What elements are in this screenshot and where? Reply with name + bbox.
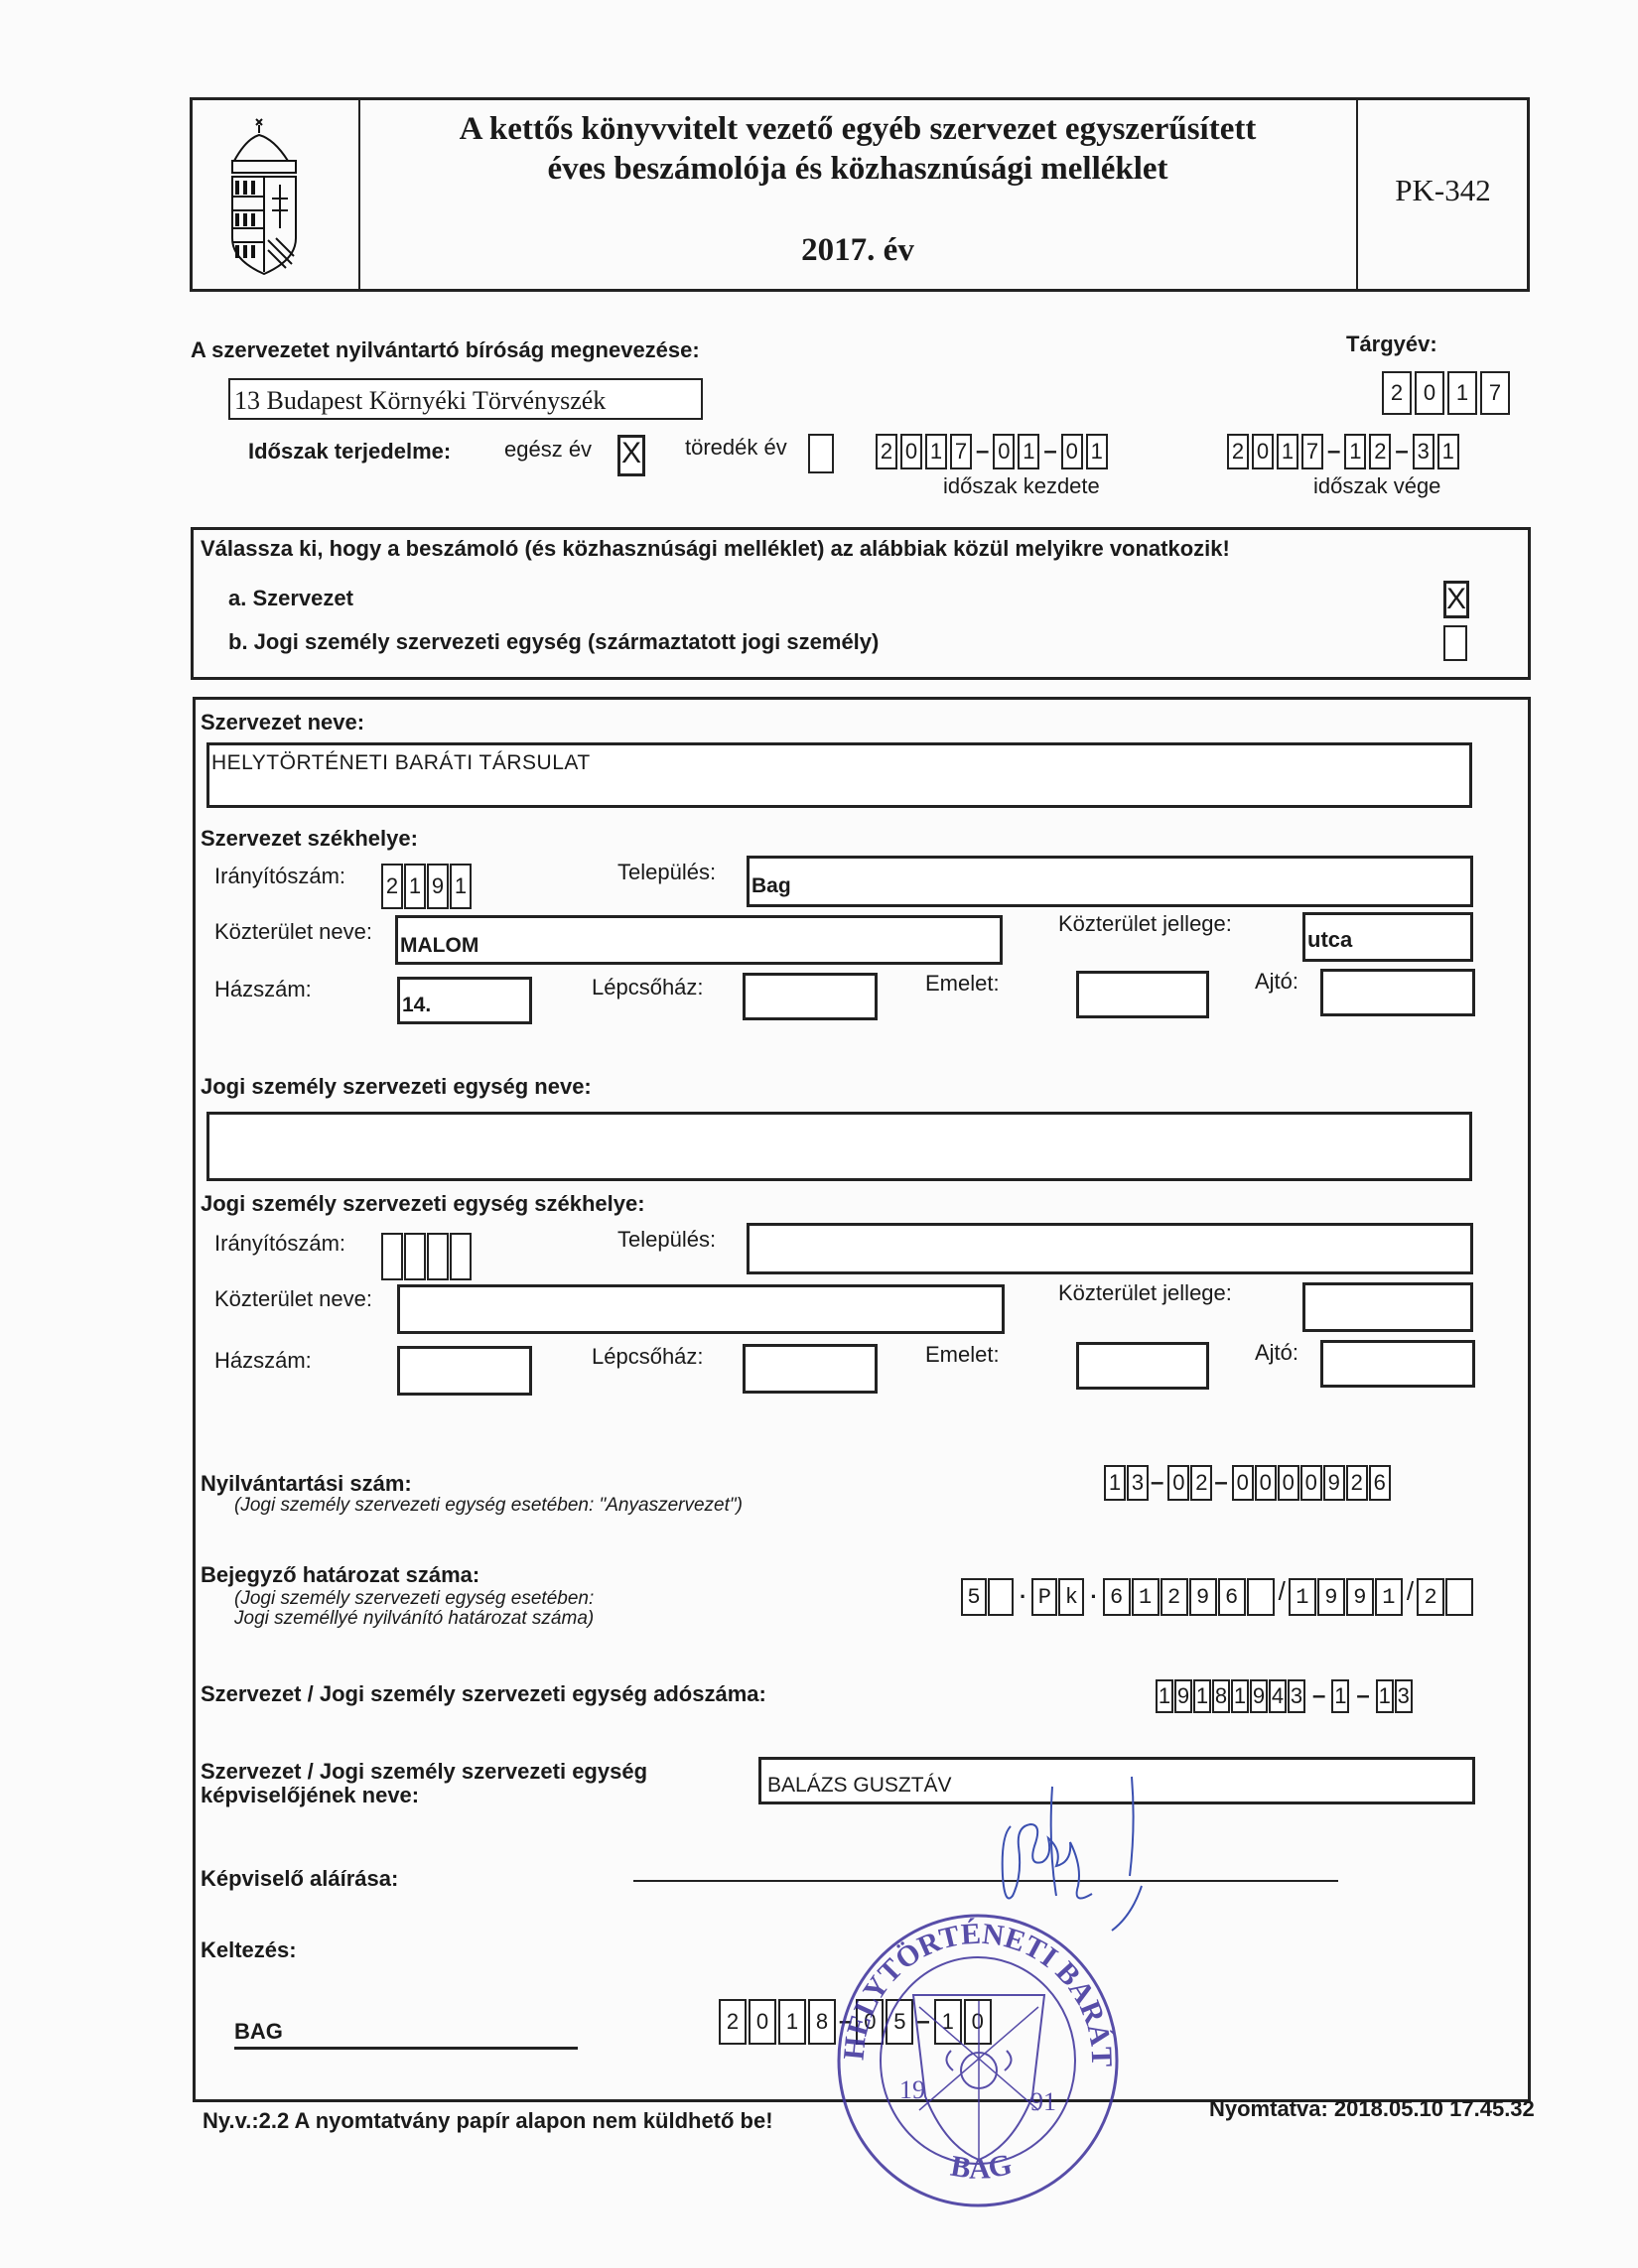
digit-cell[interactable]: 9 — [1174, 1679, 1192, 1713]
digit-cell[interactable]: 1 — [1289, 1578, 1316, 1616]
digit-cell[interactable]: 9 — [1346, 1578, 1374, 1616]
dating-place: BAG — [234, 2019, 283, 2045]
tax-label: Szervezet / Jogi személy szervezeti egys… — [201, 1681, 766, 1707]
registration-cells[interactable]: 1 3 – 0 2 – 0 0 0 0 9 2 6 — [1104, 1465, 1392, 1501]
digit-cell[interactable]: 5 — [961, 1578, 987, 1616]
digit-cell[interactable]: 1 — [1375, 1578, 1403, 1616]
digit-cell[interactable]: 0 — [749, 1999, 776, 2045]
subject-year-cells[interactable]: 2 0 1 7 — [1382, 371, 1513, 415]
representative-label-line1: Szervezet / Jogi személy szervezeti egys… — [201, 1759, 647, 1785]
digit-cell[interactable]: 0 — [1232, 1465, 1254, 1501]
digit-cell[interactable]: 1 — [450, 864, 472, 909]
registration-label: Nyilvántartási szám: — [201, 1471, 412, 1497]
digit-cell[interactable]: 9 — [1250, 1679, 1268, 1713]
unit-street-field[interactable] — [397, 1284, 1005, 1334]
letter-cell[interactable]: k — [1058, 1578, 1084, 1616]
org-city-value: Bag — [751, 874, 791, 898]
digit-cell[interactable] — [1247, 1578, 1275, 1616]
org-street-field[interactable]: MALOM — [395, 915, 1003, 965]
org-stair-field[interactable] — [743, 973, 878, 1020]
unit-door-label: Ajtó: — [1255, 1340, 1298, 1366]
digit-cell[interactable]: 7 — [950, 434, 972, 469]
digit-cell[interactable]: 0 — [1278, 1465, 1299, 1501]
unit-zip-cells[interactable] — [381, 1233, 473, 1280]
org-name-label: Szervezet neve: — [201, 710, 364, 735]
period-label: Időszak terjedelme: — [248, 439, 451, 465]
digit-cell[interactable]: 3 — [1395, 1679, 1413, 1713]
dot-separator: · — [1020, 1584, 1026, 1610]
period-end-caption: időszak vége — [1313, 473, 1440, 499]
court-value: 13 Budapest Környéki Törvényszék — [234, 386, 606, 416]
slash-separator: / — [1279, 1576, 1286, 1607]
digit-cell[interactable]: 1 — [1447, 371, 1477, 415]
dash-separator: – — [1395, 438, 1408, 466]
org-street-type-value: utca — [1307, 927, 1352, 953]
unit-name-label: Jogi személy szervezeti egység neve: — [201, 1074, 592, 1100]
decision-label: Bejegyző határozat száma: — [201, 1562, 479, 1588]
registration-note: (Jogi személy szervezeti egység esetében… — [234, 1495, 743, 1517]
decision-note-line1: (Jogi személy szervezeti egység esetében… — [234, 1588, 594, 1610]
digit-cell[interactable]: 9 — [427, 864, 449, 909]
form-title-line1: A kettős könyvvitelt vezető egyéb szerve… — [359, 111, 1356, 148]
form-title-line2: éves beszámolója és közhasznúsági mellék… — [359, 151, 1356, 188]
unit-street-type-field[interactable] — [1302, 1282, 1473, 1332]
digit-cell[interactable]: 0 — [993, 434, 1015, 469]
digit-cell[interactable] — [450, 1233, 472, 1280]
digit-cell[interactable]: 1 — [1331, 1679, 1349, 1713]
dash-separator: – — [1214, 1469, 1227, 1497]
unit-street-type-label: Közterület jellege: — [1058, 1280, 1232, 1306]
digit-cell[interactable] — [427, 1233, 449, 1280]
digit-cell[interactable]: 0 — [1415, 371, 1444, 415]
digit-cell[interactable]: 7 — [1301, 434, 1323, 469]
digit-cell[interactable]: 2 — [876, 434, 897, 469]
digit-cell[interactable]: 3 — [1288, 1679, 1305, 1713]
digit-cell[interactable]: 2 — [719, 1999, 747, 2045]
digit-cell[interactable]: 1 — [1344, 434, 1366, 469]
digit-cell[interactable]: 2 — [1382, 371, 1412, 415]
org-house-field[interactable]: 14. — [397, 977, 532, 1024]
org-street-value: MALOM — [400, 934, 478, 958]
digit-cell[interactable]: 6 — [1103, 1578, 1131, 1616]
letter-cell[interactable]: P — [1031, 1578, 1057, 1616]
option-unit-label: b. Jogi személy szervezeti egység (szárm… — [228, 629, 879, 655]
organization-stamp: HELYTÖRTÉNETI BARÁTI TÁRSULAT BAG 19 91 — [834, 1912, 1122, 2209]
digit-cell[interactable]: 1 — [925, 434, 947, 469]
dash-separator: – — [1312, 1682, 1325, 1710]
digit-cell[interactable]: 0 — [1300, 1465, 1322, 1501]
org-door-field[interactable] — [1320, 969, 1475, 1016]
unit-house-label: Házszám: — [214, 1348, 312, 1374]
digit-cell[interactable] — [988, 1578, 1014, 1616]
org-floor-label: Emelet: — [925, 971, 1000, 997]
full-year-checkbox[interactable]: X — [617, 435, 645, 476]
org-street-type-label: Közterület jellege: — [1058, 911, 1232, 937]
unit-floor-field[interactable] — [1076, 1342, 1209, 1390]
digit-cell[interactable]: 1 — [1086, 434, 1108, 469]
dash-separator: – — [1327, 438, 1340, 466]
digit-cell[interactable]: 9 — [1317, 1578, 1345, 1616]
decision-cells[interactable]: 5 · P k · 6 1 2 9 6 / 1 9 9 1 / 2 — [961, 1578, 1474, 1616]
dot-separator: · — [1090, 1584, 1097, 1610]
digit-cell[interactable]: 2 — [1227, 434, 1249, 469]
digit-cell[interactable]: 2 — [1190, 1465, 1212, 1501]
org-house-label: Házszám: — [214, 977, 312, 1002]
digit-cell[interactable]: 1 — [1277, 434, 1298, 469]
org-street-type-field[interactable]: utca — [1302, 912, 1473, 962]
digit-cell[interactable]: 1 — [1132, 1578, 1160, 1616]
org-door-label: Ajtó: — [1255, 969, 1298, 995]
dating-place-line — [234, 2047, 578, 2050]
digit-cell[interactable]: 0 — [900, 434, 922, 469]
unit-zip-label: Irányítószám: — [214, 1231, 345, 1257]
stamp-text-top: HELYTÖRTÉNETI BARÁTI TÁRSULAT — [834, 1912, 1118, 2068]
stamp-year-right: 91 — [1030, 2087, 1056, 2116]
org-stair-label: Lépcsőház: — [592, 975, 704, 1001]
org-zip-label: Irányítószám: — [214, 864, 345, 889]
stamp-text-bottom: BAG — [948, 2148, 1015, 2186]
digit-cell[interactable]: 1 — [1376, 1679, 1394, 1713]
digit-cell[interactable]: 1 — [1018, 434, 1039, 469]
option-organization-label: a. Szervezet — [228, 586, 353, 611]
digit-cell[interactable]: 7 — [1480, 371, 1510, 415]
signature-scribble-icon — [983, 1767, 1181, 1935]
digit-cell[interactable]: 2 — [1160, 1578, 1188, 1616]
digit-cell[interactable] — [1445, 1578, 1473, 1616]
selection-question: Válassza ki, hogy a beszámoló (és közhas… — [201, 536, 1230, 562]
org-house-value: 14. — [402, 994, 431, 1017]
org-name-value: HELYTÖRTÉNETI BARÁTI TÁRSULAT — [211, 751, 591, 775]
unit-city-label: Település: — [617, 1227, 716, 1253]
org-name-field[interactable]: HELYTÖRTÉNETI BARÁTI TÁRSULAT — [206, 742, 1472, 808]
digit-cell[interactable] — [404, 1233, 426, 1280]
digit-cell[interactable]: 0 — [1167, 1465, 1189, 1501]
digit-cell[interactable]: 1 — [1104, 1465, 1126, 1501]
digit-cell[interactable]: 2 — [381, 864, 403, 909]
digit-cell[interactable]: 2 — [1417, 1578, 1444, 1616]
full-year-label: egész év — [504, 437, 592, 463]
digit-cell[interactable]: 9 — [1323, 1465, 1345, 1501]
signature-label: Képviselő aláírása: — [201, 1866, 398, 1892]
period-start-cells[interactable]: 2 0 1 7 – 0 1 – 0 1 — [876, 434, 1111, 469]
tax-cells[interactable]: 1 9 1 8 1 9 4 3 – 1 – 1 3 — [1156, 1679, 1414, 1713]
subject-year-label: Tárgyév: — [1346, 332, 1437, 357]
option-organization-checkbox[interactable]: X — [1443, 581, 1469, 618]
digit-cell[interactable]: 8 — [1212, 1679, 1230, 1713]
digit-cell[interactable]: 6 — [1218, 1578, 1246, 1616]
digit-cell[interactable]: 1 — [1156, 1679, 1173, 1713]
dating-label: Keltezés: — [201, 1937, 297, 1963]
unit-stair-field[interactable] — [743, 1344, 878, 1394]
svg-text:BAG: BAG — [948, 2148, 1015, 2186]
representative-name-value: BALÁZS GUSZTÁV — [767, 1774, 952, 1798]
digit-cell[interactable]: 1 — [1437, 434, 1459, 469]
org-city-label: Település: — [617, 860, 716, 885]
digit-cell[interactable]: 0 — [1252, 434, 1274, 469]
unit-house-field[interactable] — [397, 1346, 532, 1396]
digit-cell[interactable] — [381, 1233, 403, 1280]
digit-cell[interactable]: 1 — [1231, 1679, 1249, 1713]
court-label: A szervezetet nyilvántartó bíróság megne… — [191, 337, 700, 363]
digit-cell[interactable]: 8 — [808, 1999, 836, 2045]
digit-cell[interactable]: 1 — [778, 1999, 806, 2045]
period-start-caption: időszak kezdete — [943, 473, 1100, 499]
decision-note-line2: Jogi személlyé nyilvánító határozat szám… — [234, 1608, 594, 1630]
representative-label-line2: képviselőjének neve: — [201, 1783, 419, 1808]
digit-cell[interactable]: 0 — [1255, 1465, 1277, 1501]
form-year: 2017. év — [359, 232, 1356, 269]
digit-cell[interactable]: 2 — [1369, 434, 1391, 469]
digit-cell[interactable]: 6 — [1369, 1465, 1391, 1501]
unit-name-field[interactable] — [206, 1112, 1472, 1181]
unit-street-label: Közterület neve: — [214, 1286, 372, 1312]
stamp-year-left: 19 — [899, 2075, 925, 2104]
digit-cell[interactable]: 4 — [1269, 1679, 1287, 1713]
unit-door-field[interactable] — [1320, 1340, 1475, 1388]
footer-printed-timestamp: Nyomtatva: 2018.05.10 17.45.32 — [1209, 2096, 1535, 2122]
hungarian-coat-of-arms-icon — [226, 111, 310, 282]
footer-version-note: Ny.v.:2.2 A nyomtatvány papír alapon nem… — [203, 2108, 773, 2134]
period-end-cells[interactable]: 2 0 1 7 – 1 2 – 3 1 — [1227, 434, 1462, 469]
org-street-label: Közterület neve: — [214, 919, 372, 945]
court-field[interactable]: 13 Budapest Környéki Törvényszék — [228, 378, 703, 420]
org-zip-cells[interactable]: 2 1 9 1 — [381, 864, 473, 909]
digit-cell[interactable]: 3 — [1413, 434, 1434, 469]
partial-year-checkbox[interactable] — [808, 434, 834, 473]
digit-cell[interactable]: 1 — [404, 864, 426, 909]
unit-stair-label: Lépcsőház: — [592, 1344, 704, 1370]
org-city-field[interactable]: Bag — [747, 856, 1473, 907]
form-code: PK-342 — [1356, 173, 1530, 208]
dash-separator: – — [1356, 1682, 1369, 1710]
org-floor-field[interactable] — [1076, 971, 1209, 1018]
dash-separator: – — [976, 438, 989, 466]
digit-cell[interactable]: 3 — [1127, 1465, 1149, 1501]
dash-separator: – — [1151, 1469, 1163, 1497]
svg-text:HELYTÖRTÉNETI BARÁTI TÁRSULAT: HELYTÖRTÉNETI BARÁTI TÁRSULAT — [834, 1912, 1118, 2068]
unit-seat-label: Jogi személy szervezeti egység székhelye… — [201, 1191, 645, 1217]
dash-separator: – — [1043, 438, 1056, 466]
option-unit-checkbox[interactable] — [1443, 625, 1467, 661]
org-seat-label: Szervezet székhelye: — [201, 826, 418, 852]
unit-floor-label: Emelet: — [925, 1342, 1000, 1368]
slash-separator: / — [1407, 1576, 1414, 1607]
digit-cell[interactable]: 1 — [1193, 1679, 1211, 1713]
partial-year-label: töredék év — [685, 435, 787, 461]
digit-cell[interactable]: 2 — [1346, 1465, 1368, 1501]
unit-city-field[interactable] — [747, 1223, 1473, 1274]
digit-cell[interactable]: 0 — [1061, 434, 1083, 469]
digit-cell[interactable]: 9 — [1189, 1578, 1217, 1616]
